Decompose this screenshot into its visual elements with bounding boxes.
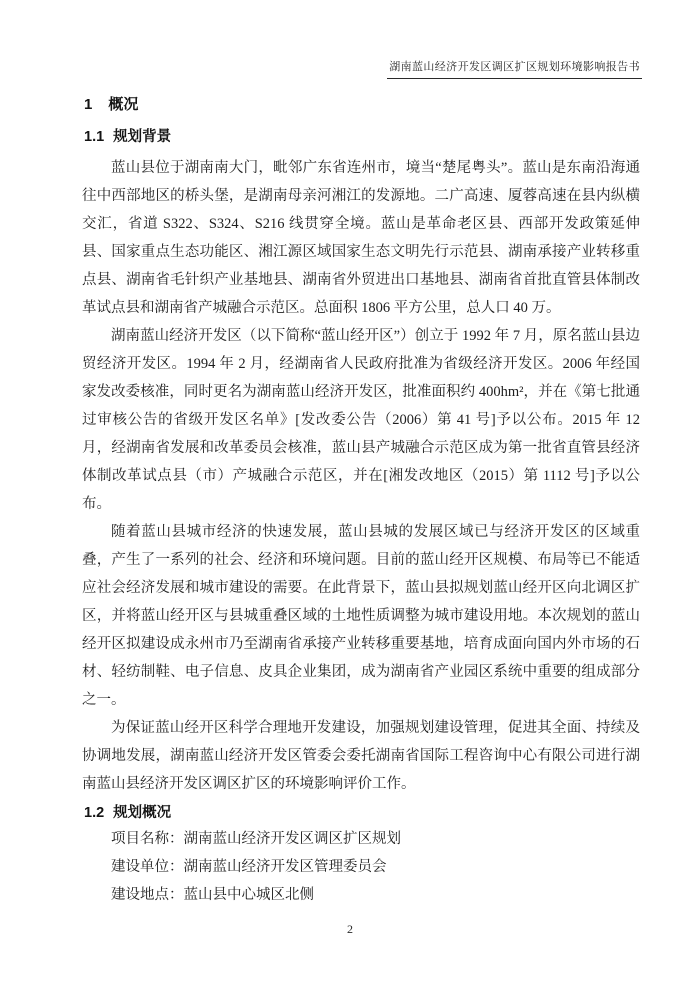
overview-item-construction-unit: 建设单位：湖南蓝山经济开发区管理委员会	[82, 853, 640, 881]
section-heading-1-2: 1.2规划概况	[84, 803, 640, 823]
overview-item-construction-site: 建设地点：蓝山县中心城区北侧	[82, 881, 640, 909]
paragraph-planning-background-1: 蓝山县位于湖南南大门，毗邻广东省连州市，境当“楚尾粤头”。蓝山是东南沿海通往中西…	[82, 154, 640, 322]
paragraph-planning-background-3: 随着蓝山县城市经济的快速发展，蓝山县城的发展区域已与经济开发区的区域重叠，产生了…	[82, 518, 640, 714]
running-title: 湖南蓝山经济开发区调区扩区规划环境影响报告书	[387, 58, 642, 79]
heading-number: 1.2	[84, 805, 104, 821]
page-footer: 2	[0, 920, 700, 938]
heading-title: 规划概况	[113, 805, 171, 821]
document-page: 湖南蓝山经济开发区调区扩区规划环境影响报告书 1概况 1.1规划背景 蓝山县位于…	[0, 0, 700, 990]
section-heading-1: 1概况	[84, 95, 640, 115]
heading-title: 概况	[108, 96, 138, 113]
plan-overview-list: 项目名称：湖南蓝山经济开发区调区扩区规划 建设单位：湖南蓝山经济开发区管理委员会…	[82, 825, 640, 909]
page-number: 2	[347, 922, 353, 936]
document-content: 1概况 1.1规划背景 蓝山县位于湖南南大门，毗邻广东省连州市，境当“楚尾粤头”…	[82, 86, 640, 909]
paragraph-planning-background-4: 为保证蓝山经开区科学合理地开发建设，加强规划建设管理，促进其全面、持续及协调地发…	[82, 714, 640, 798]
paragraph-planning-background-2: 湖南蓝山经济开发区（以下简称“蓝山经开区”）创立于 1992 年 7 月，原名蓝…	[82, 322, 640, 518]
heading-number: 1	[84, 96, 92, 113]
section-heading-1-1: 1.1规划背景	[84, 127, 640, 147]
overview-item-project-name: 项目名称：湖南蓝山经济开发区调区扩区规划	[82, 825, 640, 853]
heading-title: 规划背景	[113, 129, 171, 145]
heading-number: 1.1	[84, 129, 104, 145]
page-header: 湖南蓝山经济开发区调区扩区规划环境影响报告书	[82, 57, 642, 79]
